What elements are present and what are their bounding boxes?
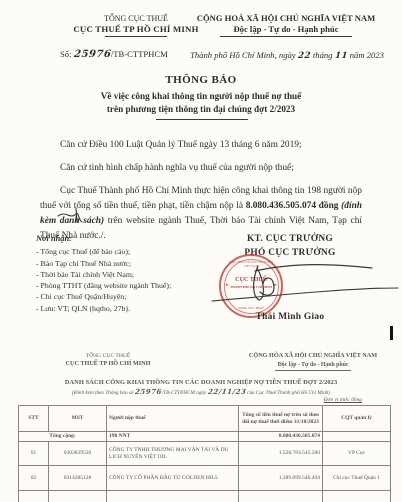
- att-sub-text2: /TB-CTTPHCM ngày: [162, 390, 208, 396]
- total-nnt: 198 NNT: [107, 432, 239, 442]
- attachment-issuer-name: CỤC THUẾ TP HỒ CHÍ MINH: [28, 360, 188, 368]
- scan-artifact-bar: [390, 326, 393, 340]
- red-official-stamp: CỘNG HÒA XÃ HỘI CHỦ NGHĨA VIỆT NAM CỤC T…: [219, 254, 283, 318]
- recipient-item: - Tổng cục Thuế (để báo cáo);: [36, 246, 196, 257]
- doc-no-prefix: Số:: [60, 49, 71, 59]
- table-row: 01 0303839539 CÔNG TY TNHH THƯƠNG MẠI VẬ…: [19, 442, 391, 466]
- row-cqt: VP Cục: [323, 442, 391, 466]
- col-header-amount: Tổng số tiền thuế nợ trên sổ theo dõi nợ…: [239, 406, 323, 432]
- stamp-star-left: ★: [225, 282, 229, 287]
- signer-title-block: KT. CỤC TRƯỞNG PHÓ CỤC TRƯỞNG: [190, 232, 390, 260]
- subtitle-line1: Về việc công khai thông tin người nộp th…: [0, 90, 402, 103]
- unit-note: Đơn vị tính: đồng: [240, 397, 362, 403]
- stamp-arc-text: CỘNG HÒA XÃ HỘI CHỦ NGHĨA VIỆT NAM: [227, 261, 275, 268]
- total-cqt-empty: [323, 432, 391, 442]
- issuer-underline: [105, 36, 167, 37]
- recipient-item: - Chi cục Thuế Quận/Huyện;: [36, 291, 196, 302]
- date-suffix: năm 2023: [350, 50, 384, 60]
- national-motto-block: CỘNG HOÀ XÃ HỘI CHỦ NGHĨA VIỆT NAM Độc l…: [178, 13, 394, 37]
- table-row: 02 0314285128 CÔNG TY CỔ PHẦN ĐẦU TƯ GOL…: [19, 466, 391, 491]
- row-amount: 1.528.783.545.580: [239, 442, 323, 466]
- col-header-mst: MST: [49, 406, 107, 432]
- motto-line2: Độc lập - Tự do - Hạnh phúc: [178, 24, 394, 35]
- date-prefix: Thành phố Hồ Chí Minh, ngày: [190, 50, 296, 60]
- document-number: Số: 25976/TB-CTTPHCM: [60, 49, 168, 60]
- signer-name: Thái Minh Giao: [190, 312, 390, 322]
- total-amount: 8.080.436.505.074: [239, 432, 323, 442]
- attachment-motto-line2: Độc lập - Tự do - Hạnh phúc: [275, 361, 352, 372]
- stamp-agency-text: CỤC THUẾ: [221, 277, 281, 283]
- recipient-item: - Lưu: VT; QLN (hqtho, 27b).: [36, 303, 196, 314]
- place-date-line: Thành phố Hồ Chí Minh, ngày 22 tháng 11 …: [180, 50, 394, 61]
- att-sub-text: (Đính kèm theo Thông báo số: [72, 390, 135, 396]
- motto-line1: CỘNG HOÀ XÃ HỘI CHỦ NGHĨA VIỆT NAM: [178, 13, 394, 24]
- recipient-item: - Báo Tạp chí Thuế Nhà nước;: [36, 258, 196, 269]
- stamp-city-text: THÀNH PHỐ HỒ CHÍ MINH: [225, 285, 277, 289]
- recipients-block: Nơi nhận: - Tổng cục Thuế (để báo cáo); …: [36, 233, 196, 314]
- body-paragraph-1: Căn cứ Điều 100 Luật Quản lý Thuế ngày 1…: [40, 138, 362, 153]
- document-subtitle: Về việc công khai thông tin người nộp th…: [0, 90, 402, 115]
- row-mst: 0314285128: [49, 466, 107, 491]
- date-mid: tháng: [313, 50, 333, 60]
- att-sub-number-handwritten: 25976: [134, 387, 162, 396]
- doc-no-suffix: /TB-CTTPHCM: [111, 49, 168, 59]
- attachment-motto-block: CỘNG HÒA XÃ HỘI CHỦ NGHĨA VIỆT NAM Độc l…: [228, 352, 398, 371]
- body-paragraph-2: Căn cứ tình hình chấp hành nghĩa vụ thuế…: [40, 161, 362, 176]
- stamp-bottom-text: TỔNG CỤC THUẾ: [221, 306, 281, 310]
- row-amount: 1.289.099.546.494: [239, 466, 323, 491]
- signer-title-2: PHÓ CỤC TRƯỞNG: [190, 246, 390, 260]
- subtitle-line2: trên phương tiện thông tin đại chúng đợt…: [0, 103, 402, 116]
- row-stt: 01: [19, 442, 49, 466]
- att-sub-text3: của Cục Thuế Thành phố Hồ Chí Minh): [246, 390, 330, 396]
- body-text: Căn cứ Điều 100 Luật Quản lý Thuế ngày 1…: [40, 138, 362, 244]
- attachment-issuer-parent: TỔNG CỤC THUẾ: [28, 352, 188, 360]
- attachment-title: DANH SÁCH CÔNG KHAI THÔNG TIN CÁC DOANH …: [0, 379, 402, 386]
- table-header-row: STT MST Người nộp thuế Tổng số tiền thuế…: [19, 406, 391, 432]
- row-company-name: CÔNG TY CỔ PHẦN ĐẦU TƯ GOLDEN HILL: [107, 466, 239, 491]
- recipients-label: Nơi nhận:: [36, 233, 196, 244]
- date-day-handwritten: 22: [297, 51, 311, 61]
- debtor-table: STT MST Người nộp thuế Tổng số tiền thuế…: [18, 405, 391, 502]
- table-total-row: Tổng cộng: 198 NNT 8.080.436.505.074: [19, 432, 391, 442]
- signer-title-1: KT. CỤC TRƯỞNG: [190, 232, 390, 246]
- col-header-stt: STT: [19, 406, 49, 432]
- row-stt: 02: [19, 466, 49, 491]
- attachment-motto-line1: CỘNG HÒA XÃ HỘI CHỦ NGHĨA VIỆT NAM: [228, 352, 398, 361]
- att-sub-date-handwritten: 22/11/23: [207, 387, 246, 396]
- col-header-name: Người nộp thuế: [107, 406, 239, 432]
- scanned-document: TỔNG CỤC THUẾ CỤC THUẾ TP HỒ CHÍ MINH CỘ…: [0, 0, 402, 502]
- col-header-cqt: CQT quản lý: [323, 406, 391, 432]
- doc-no-handwritten: 25976: [73, 49, 111, 60]
- motto-underline: [220, 36, 352, 37]
- stamp-star-right: ★: [273, 282, 277, 287]
- row-company-name: CÔNG TY TNHH THƯƠNG MẠI VẬN TẢI VÀ DU LỊ…: [107, 442, 239, 466]
- p3-dong: đồng: [316, 201, 341, 211]
- document-title: THÔNG BÁO: [0, 74, 402, 86]
- attachment-issuer-block: TỔNG CỤC THUẾ CỤC THUẾ TP HỒ CHÍ MINH: [28, 352, 188, 368]
- row-cqt: Chi cục Thuế Quận 1: [323, 466, 391, 491]
- table-row-cutoff: [19, 491, 391, 502]
- row-mst: 0303839539: [49, 442, 107, 466]
- recipient-item: - Thời báo Tài chính Việt Nam;: [36, 269, 196, 280]
- total-label: Tổng cộng:: [19, 432, 107, 442]
- p3-amount: 8.080.436.505.074: [246, 201, 316, 211]
- recipient-item: - Phòng TTHT (đăng website ngành Thuế);: [36, 280, 196, 291]
- attachment-subtitle: (Đính kèm theo Thông báo số 25976/TB-CTT…: [0, 387, 402, 396]
- date-month-handwritten: 11: [334, 51, 348, 61]
- title-divider: [156, 119, 248, 120]
